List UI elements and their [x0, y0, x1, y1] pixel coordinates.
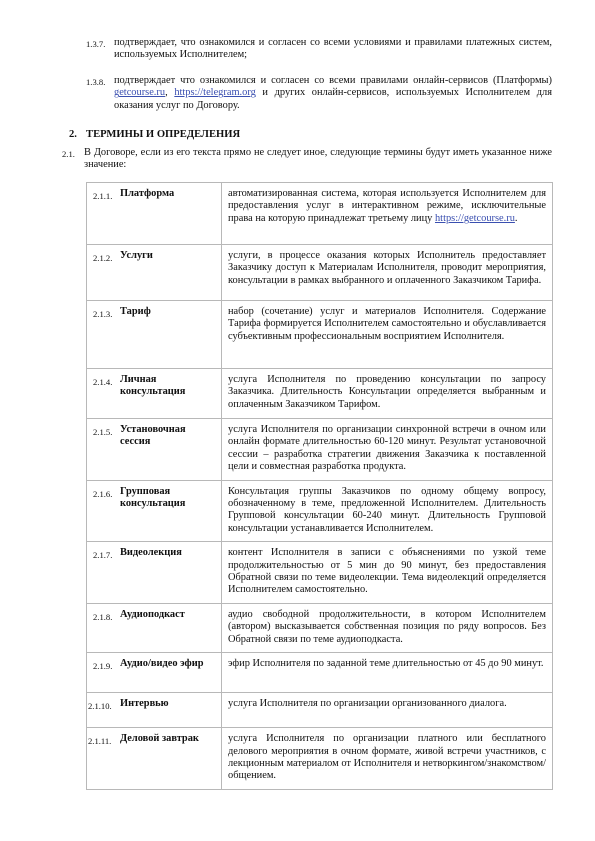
- definition-text: услуга Исполнителя по организации платно…: [228, 733, 546, 781]
- term-cell: 2.1.1.Платформа: [87, 183, 222, 245]
- term-row: 2.1.11.Деловой завтракуслуга Исполнителя…: [87, 728, 553, 790]
- term-definition: услуга Исполнителя по организации органи…: [222, 693, 553, 728]
- term-name: Групповая консультация: [120, 486, 215, 511]
- term-number: 2.1.6.: [93, 488, 112, 500]
- term-row: 2.1.1.Платформаавтоматизированная систем…: [87, 183, 553, 245]
- clause-text-before: подтверждает что ознакомился и согласен …: [114, 75, 552, 86]
- term-name: Платформа: [120, 188, 215, 200]
- term-name: Видеолекция: [120, 547, 215, 559]
- clause-text: подтверждает, что ознакомился и согласен…: [114, 37, 552, 62]
- term-name: Деловой завтрак: [120, 733, 215, 745]
- term-name: Аудио/видео эфир: [120, 658, 215, 670]
- term-row: 2.1.2.Услугиуслуги, в процессе оказания …: [87, 245, 553, 301]
- definition-text: услуга Исполнителя по организации органи…: [228, 698, 507, 709]
- clause-number: 1.3.8.: [86, 76, 105, 88]
- term-row: 2.1.10.Интервьюуслуга Исполнителя по орг…: [87, 693, 553, 728]
- term-row: 2.1.4.Личная консультацияуслуга Исполнит…: [87, 369, 553, 419]
- term-cell: 2.1.6.Групповая консультация: [87, 480, 222, 542]
- section-number: 2.: [69, 129, 86, 141]
- term-row: 2.1.6.Групповая консультацияКонсультация…: [87, 480, 553, 542]
- term-cell: 2.1.10.Интервью: [87, 693, 222, 728]
- definition-text: эфир Исполнителя по заданной теме длител…: [228, 658, 544, 669]
- term-definition: контент Исполнителя в записи с объяснени…: [222, 542, 553, 604]
- term-definition: набор (сочетание) услуг и материалов Исп…: [222, 301, 553, 369]
- term-number: 2.1.7.: [93, 549, 112, 561]
- term-number: 2.1.5.: [93, 426, 112, 438]
- definition-text: Консультация группы Заказчиков по одному…: [228, 486, 546, 534]
- term-row: 2.1.3.Тарифнабор (сочетание) услуг и мат…: [87, 301, 553, 369]
- definition-link[interactable]: https://getcourse.ru: [435, 213, 515, 224]
- term-cell: 2.1.5.Установочная сессия: [87, 419, 222, 481]
- term-cell: 2.1.9.Аудио/видео эфир: [87, 653, 222, 693]
- term-definition: автоматизированная система, которая испо…: [222, 183, 553, 245]
- term-cell: 2.1.2.Услуги: [87, 245, 222, 301]
- term-number: 2.1.11.: [88, 735, 111, 747]
- definition-text: услуги, в процессе оказания которых Испо…: [228, 250, 546, 286]
- clause-number: 2.1.: [62, 148, 75, 160]
- term-cell: 2.1.7.Видеолекция: [87, 542, 222, 604]
- term-definition: Консультация группы Заказчиков по одному…: [222, 480, 553, 542]
- term-name: Установочная сессия: [120, 424, 215, 449]
- clause-1-3-7: 1.3.7. подтверждает, что ознакомился и с…: [86, 37, 552, 62]
- term-number: 2.1.3.: [93, 308, 112, 320]
- term-definition: услуга Исполнителя по проведению консуль…: [222, 369, 553, 419]
- term-definition: услуги, в процессе оказания которых Испо…: [222, 245, 553, 301]
- section-title: ТЕРМИНЫ И ОПРЕДЕЛЕНИЯ: [86, 129, 240, 140]
- term-number: 2.1.10.: [88, 700, 112, 712]
- clause-text: В Договоре, если из его текста прямо не …: [84, 147, 552, 172]
- term-row: 2.1.9.Аудио/видео эфирэфир Исполнителя п…: [87, 653, 553, 693]
- definition-text: контент Исполнителя в записи с объяснени…: [228, 547, 546, 595]
- clause-1-3-8: 1.3.8. подтверждает что ознакомился и со…: [86, 75, 552, 112]
- term-definition: эфир Исполнителя по заданной теме длител…: [222, 653, 553, 693]
- term-row: 2.1.8.Аудиоподкастаудио свободной продол…: [87, 603, 553, 652]
- term-number: 2.1.4.: [93, 376, 112, 388]
- link-telegram[interactable]: https://telegram.org: [174, 87, 255, 98]
- term-name: Интервью: [120, 698, 215, 710]
- terms-table: 2.1.1.Платформаавтоматизированная систем…: [86, 182, 553, 790]
- term-number: 2.1.9.: [93, 660, 112, 672]
- clause-text: подтверждает что ознакомился и согласен …: [114, 75, 552, 112]
- definition-text: аудио свободной продолжительности, в кот…: [228, 609, 546, 645]
- clause-number: 1.3.7.: [86, 38, 105, 50]
- term-name: Услуги: [120, 250, 215, 262]
- term-cell: 2.1.4.Личная консультация: [87, 369, 222, 419]
- definition-text: услуга Исполнителя по организации синхро…: [228, 424, 546, 472]
- term-cell: 2.1.3.Тариф: [87, 301, 222, 369]
- term-cell: 2.1.8.Аудиоподкаст: [87, 603, 222, 652]
- section-heading: 2.ТЕРМИНЫ И ОПРЕДЕЛЕНИЯ: [69, 129, 240, 141]
- term-number: 2.1.1.: [93, 190, 112, 202]
- term-cell: 2.1.11.Деловой завтрак: [87, 728, 222, 790]
- term-number: 2.1.2.: [93, 252, 112, 264]
- definition-text: набор (сочетание) услуг и материалов Исп…: [228, 306, 546, 342]
- term-name: Тариф: [120, 306, 215, 318]
- definition-end: .: [515, 213, 518, 224]
- term-name: Аудиоподкаст: [120, 609, 215, 621]
- link-getcourse[interactable]: getcourse.ru: [114, 87, 165, 98]
- term-definition: услуга Исполнителя по организации синхро…: [222, 419, 553, 481]
- term-definition: аудио свободной продолжительности, в кот…: [222, 603, 553, 652]
- term-row: 2.1.7.Видеолекцияконтент Исполнителя в з…: [87, 542, 553, 604]
- term-definition: услуга Исполнителя по организации платно…: [222, 728, 553, 790]
- definition-text: услуга Исполнителя по проведению консуль…: [228, 374, 546, 410]
- term-number: 2.1.8.: [93, 611, 112, 623]
- link-separator: ,: [165, 87, 174, 98]
- clause-2-1: 2.1. В Договоре, если из его текста прям…: [62, 147, 552, 172]
- term-row: 2.1.5.Установочная сессияуслуга Исполнит…: [87, 419, 553, 481]
- term-name: Личная консультация: [120, 374, 215, 399]
